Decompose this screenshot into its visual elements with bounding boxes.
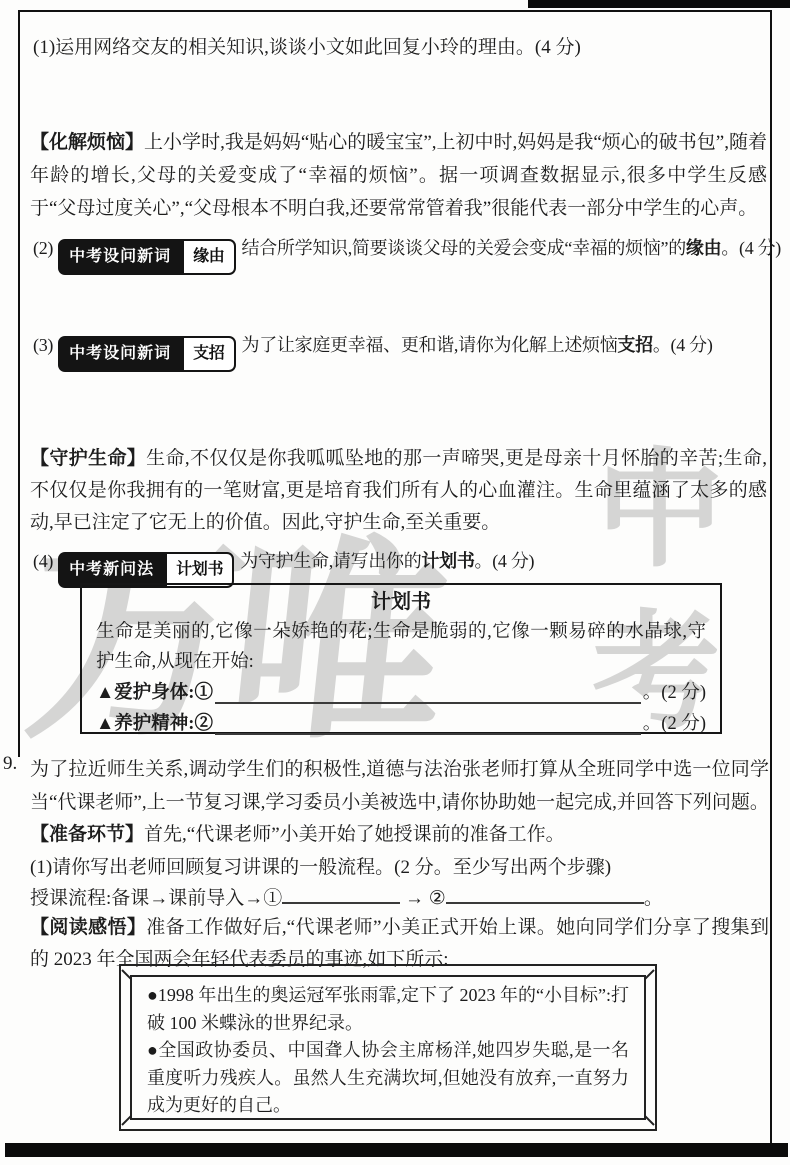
question-number: (3) — [33, 335, 53, 355]
prep-section-label: 【准备环节】 — [30, 824, 144, 845]
plan-item-score: 。(2 分) — [643, 679, 706, 708]
question-score: 。(4 分) — [653, 335, 713, 355]
question-keyword: 计划书 — [421, 551, 474, 571]
reading-section-label: 【阅读感悟】 — [30, 917, 146, 938]
question-number: (4) — [33, 551, 53, 571]
question-8-part4: (4)中考新问法计划书为守护生命,请写出你的计划书。(4 分) — [33, 546, 534, 588]
flow-arrow: → ② — [405, 888, 446, 909]
deeds-quote-frame: ●1998 年出生的奥运冠军张雨霏,定下了 2023 年的“小目标”:打破 10… — [119, 964, 657, 1131]
question-keyword: 缘由 — [686, 238, 721, 258]
question-score: 。(4 分) — [721, 238, 781, 258]
plan-item-label: ▲爱护身体:① — [96, 679, 213, 708]
exam-term-badge: 中考设问新词缘由 — [58, 239, 235, 275]
exam-term-badge: 中考设问新词支招 — [58, 336, 235, 372]
plan-box-title: 计划书 — [96, 589, 706, 615]
flow-suffix: 。 — [644, 888, 663, 909]
question-score: 。(4 分) — [475, 551, 535, 571]
deed-item-zhangyufei: ●1998 年出生的奥运冠军张雨霏,定下了 2023 年的“小目标”:打破 10… — [147, 982, 629, 1037]
question-8-part3: (3)中考设问新词支招为了让家庭更幸福、更和谐,请你为化解上述烦恼支招。(4 分… — [33, 330, 713, 372]
plan-item-score: 。(2 分) — [643, 710, 706, 739]
question-9-prep-section: 【准备环节】首先,“代课老师”小美开始了她授课前的准备工作。 — [30, 820, 767, 850]
material-huajiefannao-label: 【化解烦恼】 — [30, 132, 144, 153]
flow-prefix: 授课流程:备课→课前导入→① — [30, 888, 282, 909]
material-huajiefannao: 【化解烦恼】上小学时,我是妈妈“贴心的暖宝宝”,上初中时,妈妈是我“烦心的破书包… — [30, 126, 767, 225]
question-8-part1: (1)运用网络交友的相关知识,谈谈小文如此回复小玲的理由。(4 分) — [33, 33, 770, 63]
question-text: 结合所学知识,简要谈谈父母的关爱会变成“幸福的烦恼”的 — [242, 238, 686, 258]
plan-answer-box: 计划书 生命是美丽的,它像一朵娇艳的花;生命是脆弱的,它像一颗易碎的水晶球,守护… — [80, 583, 722, 734]
deeds-quote-inner: ●1998 年出生的奥运冠军张雨霏,定下了 2023 年的“小目标”:打破 10… — [130, 975, 646, 1120]
question-9-flow-line: 授课流程:备课→课前导入→① → ②。 — [30, 884, 769, 914]
material-shouhushengming-label: 【守护生命】 — [30, 448, 146, 469]
answer-blank-line — [282, 884, 400, 904]
question-text: 为了让家庭更幸福、更和谐,请你为化解上述烦恼 — [242, 335, 618, 355]
plan-box-body: 生命是美丽的,它像一朵娇艳的花;生命是脆弱的,它像一颗易碎的水晶球,守护生命,从… — [96, 617, 706, 677]
badge-keyword-label: 缘由 — [182, 239, 235, 275]
badge-dark-label: 中考设问新词 — [58, 239, 182, 275]
question-8-part2: (2)中考设问新词缘由结合所学知识,简要谈谈父母的关爱会变成“幸福的烦恼”的缘由… — [33, 233, 781, 275]
question-number: (2) — [33, 238, 53, 258]
answer-blank-line — [446, 884, 644, 904]
material-shouhushengming: 【守护生命】生命,不仅仅是你我呱呱坠地的那一声啼哭,更是母亲十月怀胎的辛苦;生命… — [30, 443, 767, 539]
question-9-intro: 为了拉近师生关系,调动学生们的积极性,道德与法治张老师打算从全班同学中选一位同学… — [30, 753, 769, 819]
deed-item-yangyang: ●全国政协委员、中国聋人协会主席杨洋,她四岁失聪,是一名重度听力残疾人。虽然人生… — [147, 1037, 629, 1120]
question-keyword: 支招 — [617, 335, 652, 355]
question-9-number: 9. — [3, 753, 17, 775]
plan-item-label: ▲养护精神:② — [96, 710, 213, 739]
plan-item-spirit: ▲养护精神:②。(2 分) — [96, 710, 706, 739]
prep-section-text: 首先,“代课老师”小美开始了她授课前的准备工作。 — [144, 824, 565, 845]
badge-keyword-label: 支招 — [182, 336, 235, 372]
page-content: (1)运用网络交友的相关知识,谈谈小文如此回复小玲的理由。(4 分) 【化解烦恼… — [0, 0, 790, 1165]
answer-blank-line — [215, 702, 641, 704]
answer-blank-line — [215, 733, 641, 735]
badge-dark-label: 中考设问新词 — [58, 336, 182, 372]
question-text: 为守护生命,请写出你的 — [240, 551, 421, 571]
question-9-sub1: (1)请你写出老师回顾复习讲课的一般流程。(2 分。至少写出两个步骤) — [30, 853, 767, 883]
plan-item-body: ▲爱护身体:①。(2 分) — [96, 679, 706, 708]
exam-page-scan: 万唯 中 考 (1)运用网络交友的相关知识,谈谈小文如此回复小玲的理由。(4 分… — [0, 0, 790, 1165]
